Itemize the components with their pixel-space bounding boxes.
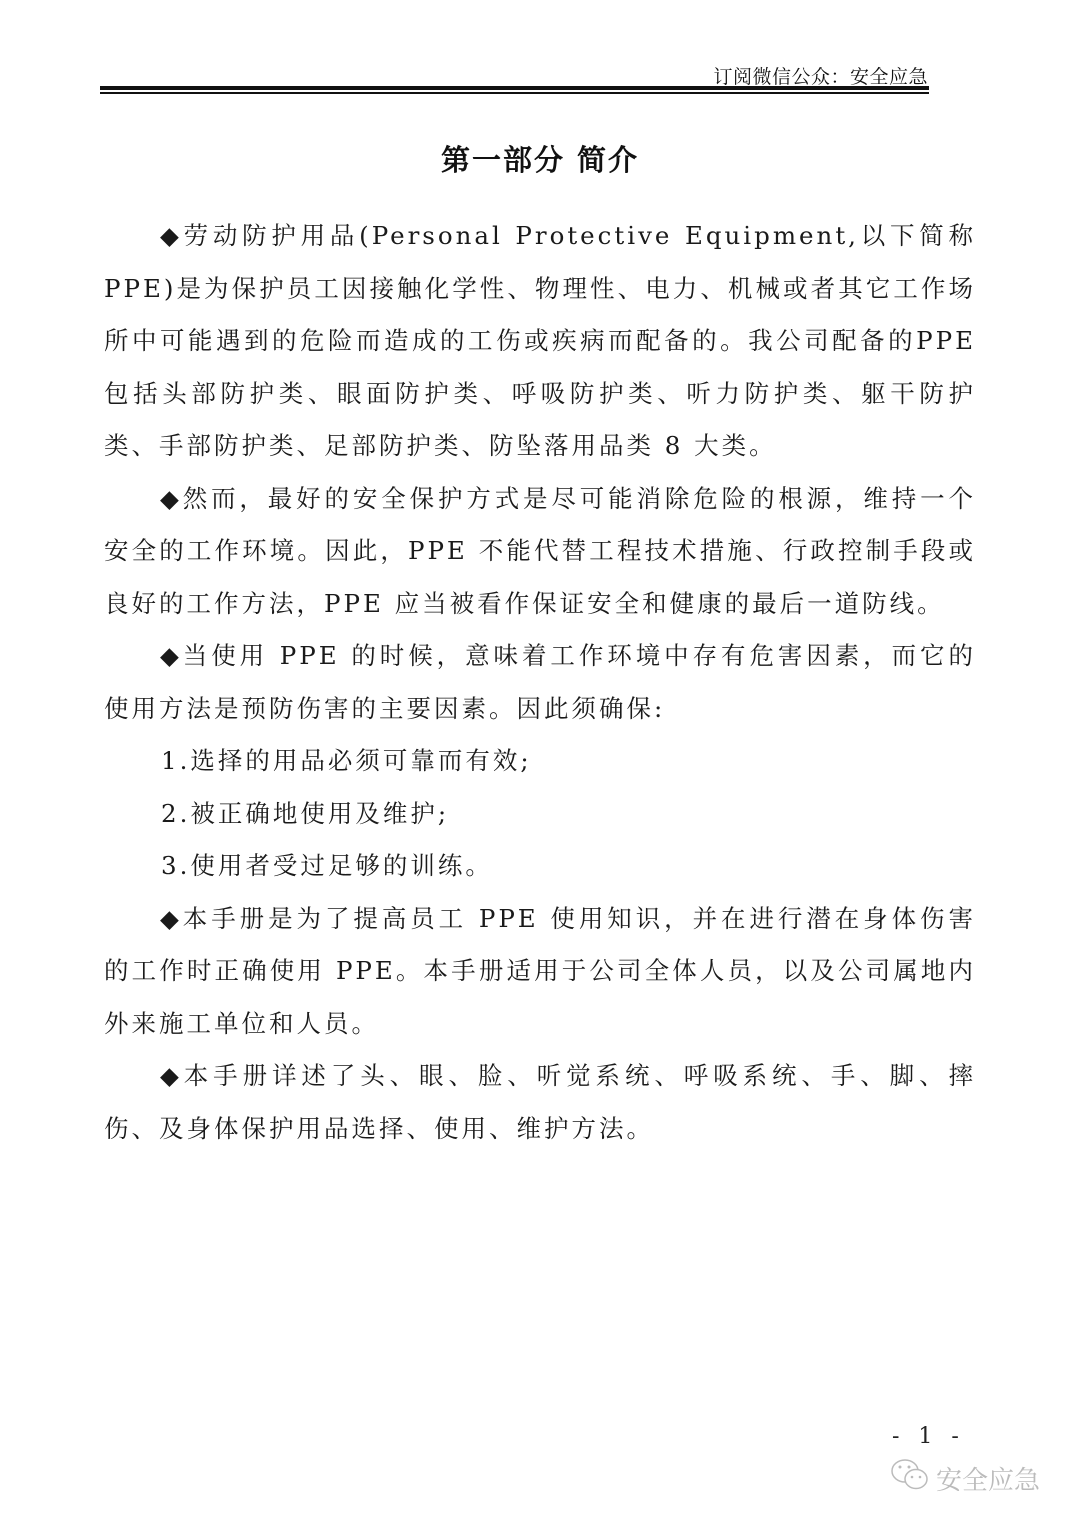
header-rule-thin: [100, 92, 929, 94]
paragraph: ◆当使用 PPE 的时候，意味着工作环境中存有危害因素，而它的使用方法是预防伤害…: [104, 630, 976, 735]
paragraph: ◆劳动防护用品(Personal Protective Equipment,以下…: [104, 210, 976, 473]
paragraph: ◆本手册是为了提高员工 PPE 使用知识，并在进行潜在身体伤害的工作时正确使用 …: [104, 893, 976, 1051]
page-title: 第一部分 简介: [0, 138, 1080, 179]
paragraph: ◆然而，最好的安全保护方式是尽可能消除危险的根源，维持一个安全的工作环境。因此，…: [104, 473, 976, 631]
header-rule: [100, 86, 929, 90]
document-body: ◆劳动防护用品(Personal Protective Equipment,以下…: [104, 210, 976, 1155]
list-item: 3.使用者受过足够的训练。: [104, 840, 976, 893]
wechat-icon: [890, 1458, 930, 1499]
list-item: 1.选择的用品必须可靠而有效;: [104, 735, 976, 788]
page-number: - 1 -: [892, 1424, 965, 1449]
header-text: 订阅微信公众：安全应急: [713, 62, 928, 89]
paragraph: ◆本手册详述了头、眼、脸、听觉系统、呼吸系统、手、脚、摔伤、及身体保护用品选择、…: [104, 1050, 976, 1155]
watermark-text: 安全应急: [936, 1460, 1040, 1497]
list-item: 2.被正确地使用及维护;: [104, 788, 976, 841]
watermark: 安全应急: [890, 1458, 1040, 1499]
